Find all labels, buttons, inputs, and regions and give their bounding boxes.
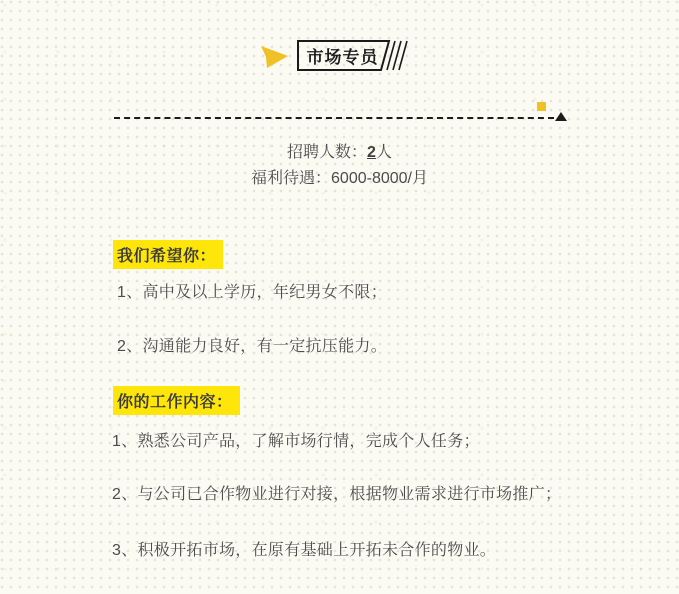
job-title-badge: 市场专员 [0, 40, 679, 72]
list-item: 3、积极开拓市场，在原有基础上开拓未合作的物业。 [112, 537, 496, 560]
black-up-triangle-marker [555, 112, 567, 121]
recruit-label: 招聘人数： [287, 144, 367, 161]
triple-slash-lines-icon [387, 41, 407, 70]
list-item: 2、沟通能力良好，有一定抗压能力。 [117, 333, 387, 356]
list-item: 2、与公司已合作物业进行对接，根据物业需求进行市场推广； [112, 481, 561, 504]
page-title: 市场专员 [299, 41, 387, 70]
section-heading-hope: 我们希望你： [113, 240, 223, 269]
recruit-count: 2 [367, 144, 376, 161]
recruit-summary: 招聘人数：2人 福利待遇：6000-8000/月 [0, 140, 679, 192]
recruit-suffix: 人 [376, 144, 392, 161]
section-heading-work: 你的工作内容： [113, 386, 240, 415]
recruit-count-line: 招聘人数：2人 [0, 140, 679, 166]
list-item: 1、熟悉公司产品，了解市场行情，完成个人任务； [112, 428, 480, 451]
list-item: 1、高中及以上学历，年纪男女不限； [117, 279, 387, 302]
divider [114, 117, 554, 119]
salary-line: 福利待遇：6000-8000/月 [0, 166, 679, 192]
gold-square-marker [537, 102, 546, 111]
badge-frame: 市场专员 [297, 40, 419, 72]
gold-dart-arrow-icon [261, 45, 288, 69]
job-post-page: 市场专员 招聘人数：2人 福利待遇：6000-8000/月 我们希望你： 1、高… [0, 0, 679, 594]
